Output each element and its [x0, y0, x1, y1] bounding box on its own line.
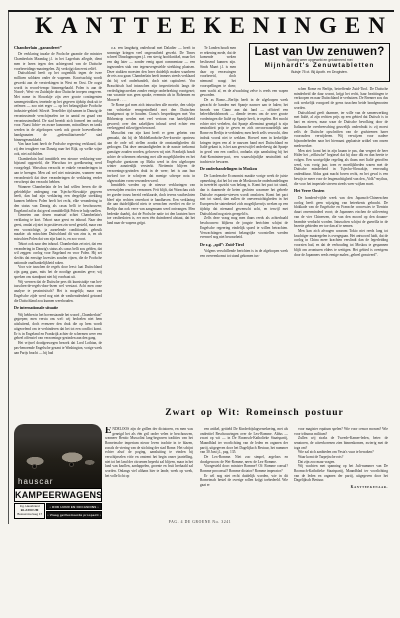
paragraph: Wij wachten met spanning op het Juli-num…	[294, 464, 388, 483]
paragraph: o.a. een langdurig onderhoud met Daladie…	[107, 46, 195, 103]
paragraph: Men ziet: komt het in zijn kraam te pas,…	[294, 149, 388, 187]
column-heading: De onderhandelingen in Moskou	[200, 167, 288, 172]
zwart-column-2: een artikel, getiteld De Kinderbijslagve…	[200, 427, 288, 520]
article-column-4: schen Rome en Berlijn, betreffende Zuid-…	[294, 46, 388, 412]
column-heading: Chamberlain „garandeert”	[14, 46, 102, 51]
paragraph: De as Rome—Berlijn heeft in de afgeloope…	[200, 98, 288, 164]
paragraph: Mussolini van zijn kant heeft er geen ge…	[107, 131, 195, 183]
paragraph: Wanneer Chamberlain de les had willen le…	[14, 185, 102, 213]
drop-cap: E	[105, 427, 111, 435]
author-signature: Kantteekenaar.	[294, 485, 388, 490]
column-heading: De internationale situatie	[14, 306, 102, 311]
article-column-2: o.a. een langdurig onderhoud met Daladie…	[107, 46, 195, 412]
paragraph: Zelfs deze vraag mag men thans reeds als…	[200, 216, 288, 240]
paragraph: Duitschland heeft op het oogenblik tegen…	[14, 71, 102, 142]
paragraph: Zullen wij straks de Tweede-Kamer-leden,…	[294, 436, 388, 450]
paragraph: Voor wie tusschen de regels door leest: …	[14, 265, 102, 279]
ad-contact-block: Ing. Hausbrand BLARICUM Bussummerweg 17	[14, 503, 45, 519]
paragraph: Van haar kant heeft de Poolsche regeerin…	[14, 142, 102, 156]
paragraph: Te Rome gaf men zich intusschen alle moe…	[107, 103, 195, 131]
paragraph: De Lex-Romme. Niet zoo simpel, argeloos …	[200, 455, 288, 464]
ad-flow-spacer	[236, 46, 288, 86]
paragraph: Duitschland geeft daarmee, ter wille van…	[294, 111, 388, 149]
paragraph: Wij hebben in het bovenstaande het woord…	[14, 313, 102, 341]
paragraph: Tekort ook naar den inhoud. Chamberlain …	[14, 242, 102, 266]
article-column-1: Chamberlain „garandeert”De verklaring in…	[14, 46, 102, 412]
caravan-wheel	[32, 464, 37, 469]
newspaper-page: KANTTEEKENINGEN Last van Uw zenuwen? Spo…	[0, 0, 400, 618]
column-heading: De z.g. „spil”: Zuid-Tirol	[200, 243, 288, 248]
offer-line-1: • OOK HUUR EN OCCASIONS •	[46, 503, 102, 510]
column-heading: Het Verre Oosten	[294, 189, 388, 194]
paragraph: Wij vreezen dat de Duitsche pers dit kun…	[14, 280, 102, 304]
paragraph: schen Rome en Berlijn, betreffende Zuid-…	[294, 87, 388, 111]
paragraph-text: NDELOOS zijn de grillen der dictatoren, …	[105, 427, 193, 478]
paragraph: Inmiddels werden op de nieuwe verklaring…	[107, 183, 195, 226]
paragraph: Voorgesteld door: minister Romme? Of: Ro…	[200, 464, 288, 473]
article-column-3: Te Londen houdt men er rekening mede, da…	[200, 46, 288, 412]
paragraph: voor magister equitum spelen? Wie voor c…	[294, 427, 388, 436]
paragraph: De verklaring inzake de Poolsche garanti…	[14, 52, 102, 71]
paragraph: Men kan zich afvragen waarom Tokio niet …	[294, 229, 388, 257]
paragraph: Chamberlain had inmiddels een nieuwe ver…	[14, 157, 102, 185]
ad-info-row: Ing. Hausbrand BLARICUM Bussummerweg 17 …	[14, 503, 102, 519]
ad-product-title: KAMPEERWAGENS	[14, 488, 102, 502]
zwart-column-3: voor magister equitum spelen? Wie voor c…	[294, 427, 388, 520]
paragraph: Gemeten aan dezen maatstaf schiet Chambe…	[14, 213, 102, 241]
caravan-photo: hauscar	[14, 424, 102, 488]
paragraph: Volgens verschillende berichten is in de…	[200, 249, 288, 258]
paragraph: De honderd-vijfde week van den Japansch-…	[294, 196, 388, 229]
brand-logo: hauscar	[18, 477, 53, 486]
top-rule	[8, 10, 394, 12]
offer-line-2: • Vraag geïllustreerde prospecti •	[46, 511, 102, 518]
caravan-wheel	[69, 462, 74, 467]
paragraph: ENDELOOS zijn de grillen der dictatoren,…	[105, 427, 193, 478]
page-title: KANTTEEKENINGEN	[14, 13, 400, 39]
contact-street: Bussummerweg 17	[15, 513, 44, 517]
zwart-column-1: ENDELOOS zijn de grillen der dictatoren,…	[105, 427, 193, 520]
hauscar-ad: hauscar KAMPEERWAGENS Ing. Hausbrand BLA…	[14, 424, 102, 519]
paragraph: De Londensche Economist maakte vorige we…	[200, 174, 288, 217]
left-rule	[8, 10, 9, 524]
section-title-zwart-op-wit: Zwart op Wit: Romeinsch postuur	[105, 408, 390, 418]
paragraph: een artikel, getiteld De Kinderbijslagve…	[200, 427, 288, 455]
paragraph: Er wil nog niet recht duidelijk worden, …	[200, 474, 288, 488]
page-footer: PAG. 4 DE GROENE No. 3241	[0, 520, 400, 524]
paragraph: Het vrijwel doodgezwegen bezoek dat Lord…	[14, 341, 102, 355]
ad-offer-block: • OOK HUUR EN OCCASIONS • • Vraag geïllu…	[46, 503, 102, 519]
